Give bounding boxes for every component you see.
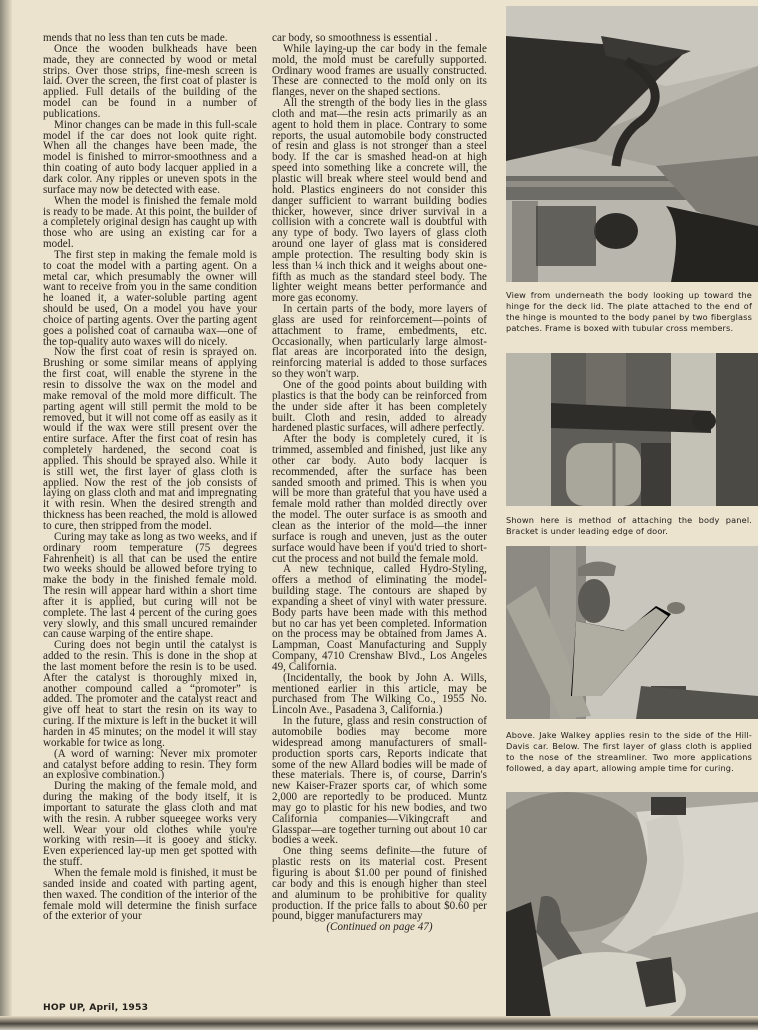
paragraph: Once the wooden bulkheads have been made… xyxy=(43,44,257,120)
paragraph: Now the first coat of resin is sprayed o… xyxy=(43,347,257,531)
paragraph: Minor changes can be made in this full-s… xyxy=(43,120,257,196)
paragraph: (A word of warning: Never mix promoter a… xyxy=(43,749,257,782)
photo-body-panel-bracket xyxy=(506,353,758,506)
article-column-1: mends that no less than ten cuts be made… xyxy=(43,33,257,922)
paragraph: One of the good points about building wi… xyxy=(272,380,487,434)
paragraph: When the female mold is finished, it mus… xyxy=(43,868,257,922)
paragraph: (Incidentally, the book by John A. Wills… xyxy=(272,673,487,716)
paragraph: Curing does not begin until the catalyst… xyxy=(43,640,257,748)
photo-deck-lid-hinge xyxy=(506,6,758,282)
paragraph: The first step in making the female mold… xyxy=(43,250,257,348)
photo-glass-cloth-streamliner-nose xyxy=(506,792,758,1018)
article-column-2: car body, so smoothness is essential . W… xyxy=(272,33,487,933)
paragraph: During the making of the female mold, an… xyxy=(43,781,257,868)
paragraph: Curing may take as long as two weeks, an… xyxy=(43,532,257,640)
page-footer-folio: HOP UP, April, 1953 xyxy=(43,1002,148,1013)
photo-caption: View from underneath the body looking up… xyxy=(506,290,752,334)
paragraph: When the model is finished the female mo… xyxy=(43,196,257,250)
paragraph: One thing seems definite—the future of p… xyxy=(272,846,487,922)
continued-on-page-note: (Continued on page 47) xyxy=(272,922,487,933)
paragraph: All the strength of the body lies in the… xyxy=(272,98,487,304)
photo-caption: Shown here is method of attaching the bo… xyxy=(506,515,752,537)
page-bottom-edge xyxy=(0,1016,758,1030)
photo-jake-walkey-applying-resin xyxy=(506,546,758,719)
paragraph: In the future, glass and resin construct… xyxy=(272,716,487,846)
paragraph: In certain parts of the body, more layer… xyxy=(272,304,487,380)
page-binding-shadow xyxy=(0,0,12,1030)
photo-caption: Above. Jake Walkey applies resin to the … xyxy=(506,730,752,774)
paragraph: While laying-up the car body in the fema… xyxy=(272,44,487,98)
paragraph: After the body is completely cured, it i… xyxy=(272,434,487,564)
paragraph: A new technique, called Hydro-Styling, o… xyxy=(272,564,487,672)
